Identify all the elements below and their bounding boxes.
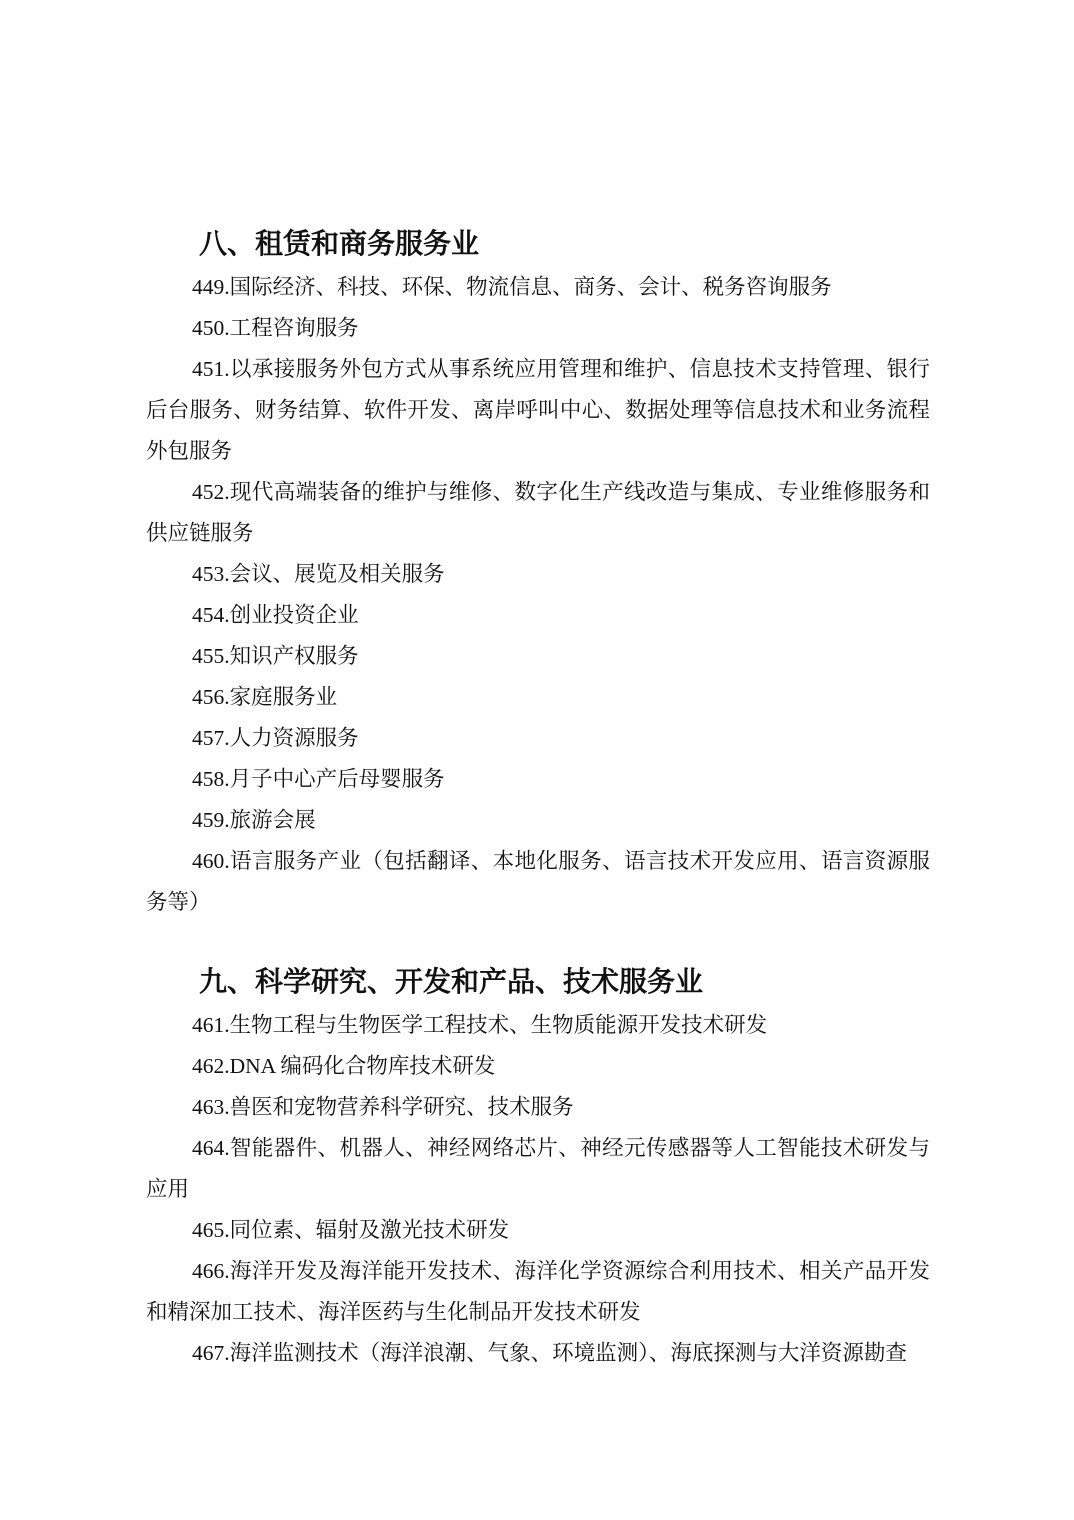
catalog-item: 456.家庭服务业	[146, 677, 930, 718]
catalog-item: 462.DNA 编码化合物库技术研发	[146, 1046, 930, 1087]
catalog-item: 461.生物工程与生物医学工程技术、生物质能源开发技术研发	[146, 1005, 930, 1046]
catalog-item: 457.人力资源服务	[146, 718, 930, 759]
catalog-item: 460.语言服务产业（包括翻译、本地化服务、语言技术开发应用、语言资源服务等）	[146, 841, 930, 923]
catalog-item: 464.智能器件、机器人、神经网络芯片、神经元传感器等人工智能技术研发与应用	[146, 1128, 930, 1210]
catalog-item: 458.月子中心产后母婴服务	[146, 759, 930, 800]
catalog-item: 454.创业投资企业	[146, 595, 930, 636]
catalog-item: 465.同位素、辐射及激光技术研发	[146, 1210, 930, 1251]
document-body: 八、租赁和商务服务业449.国际经济、科技、环保、物流信息、商务、会计、税务咨询…	[146, 0, 930, 1374]
catalog-item: 466.海洋开发及海洋能开发技术、海洋化学资源综合利用技术、相关产品开发和精深加…	[146, 1251, 930, 1333]
catalog-item: 451.以承接服务外包方式从事系统应用管理和维护、信息技术支持管理、银行后台服务…	[146, 349, 930, 472]
catalog-item: 452.现代高端装备的维护与维修、数字化生产线改造与集成、专业维修服务和供应链服…	[146, 472, 930, 554]
document-page: 八、租赁和商务服务业449.国际经济、科技、环保、物流信息、商务、会计、税务咨询…	[0, 0, 1074, 1520]
section-heading: 八、租赁和商务服务业	[146, 221, 930, 267]
catalog-item: 453.会议、展览及相关服务	[146, 554, 930, 595]
catalog-item: 455.知识产权服务	[146, 636, 930, 677]
catalog-item: 459.旅游会展	[146, 800, 930, 841]
catalog-item: 463.兽医和宠物营养科学研究、技术服务	[146, 1087, 930, 1128]
catalog-item: 467.海洋监测技术（海洋浪潮、气象、环境监测）、海底探测与大洋资源勘查	[146, 1333, 930, 1374]
catalog-item: 449.国际经济、科技、环保、物流信息、商务、会计、税务咨询服务	[146, 267, 930, 308]
catalog-item: 450.工程咨询服务	[146, 308, 930, 349]
section-heading: 九、科学研究、开发和产品、技术服务业	[146, 959, 930, 1005]
